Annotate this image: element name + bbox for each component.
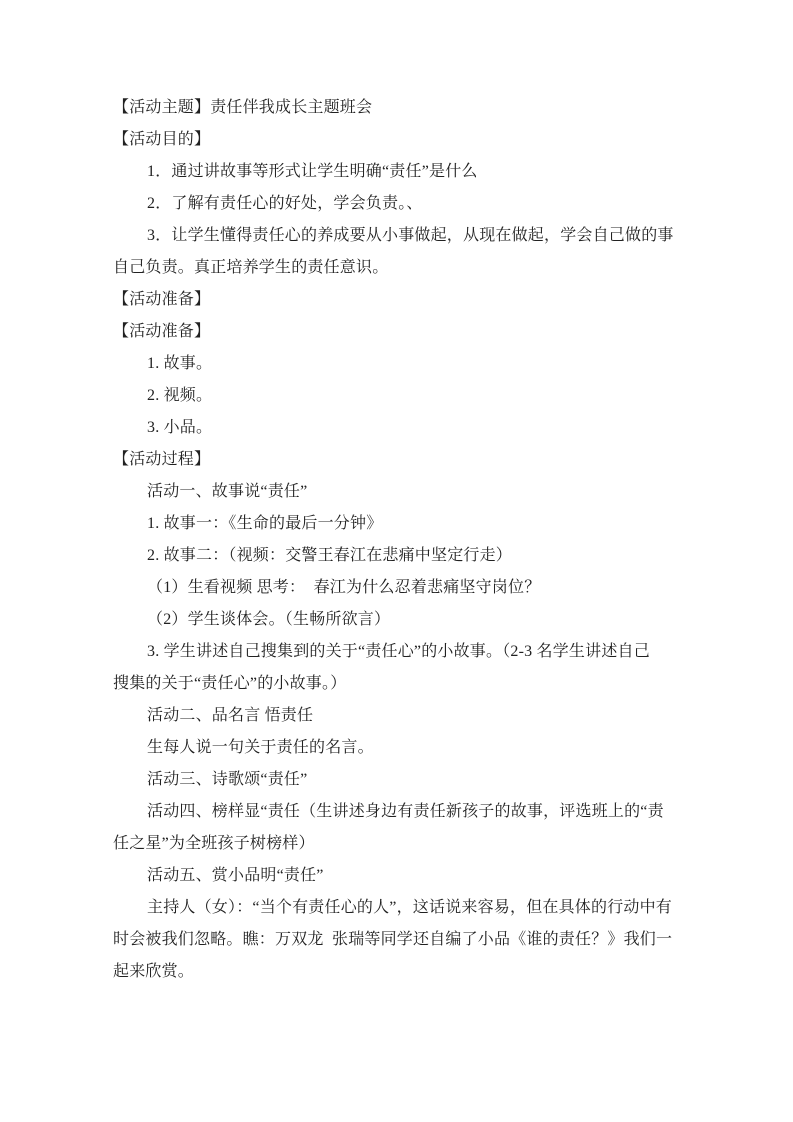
text-line-4: 2．了解有责任心的好处，学会负责。、 xyxy=(113,188,678,220)
text-line-18: 3. 学生讲述自己搜集到的关于“责任心”的小故事。（2-3 名学生讲述自己 xyxy=(113,636,678,668)
text-line-8: 【活动准备】 xyxy=(113,316,678,348)
text-line-1: 【活动主题】责任伴我成长主题班会 xyxy=(113,92,678,124)
document-page: 【活动主题】责任伴我成长主题班会【活动目的】1．通过讲故事等形式让学生明确“责任… xyxy=(0,0,793,1122)
text-line-28: 起来欣赏。 xyxy=(113,956,678,988)
text-line-24: 任之星”为全班孩子树榜样） xyxy=(113,828,678,860)
text-line-22: 活动三、诗歌颂“责任” xyxy=(113,764,678,796)
text-line-26: 主持人（女）：“当个有责任心的人”，这话说来容易，但在具体的行动中有 xyxy=(113,892,678,924)
text-line-23: 活动四、榜样显“责任（生讲述身边有责任新孩子的故事，评选班上的“责 xyxy=(113,796,678,828)
text-line-3: 1．通过讲故事等形式让学生明确“责任”是什么 xyxy=(113,156,678,188)
text-line-5: 3．让学生懂得责任心的养成要从小事做起，从现在做起，学会自己做的事 xyxy=(113,220,678,252)
text-line-21: 生每人说一句关于责任的名言。 xyxy=(113,732,678,764)
text-line-19: 搜集的关于“责任心”的小故事。） xyxy=(113,668,678,700)
text-line-15: 2. 故事二：（视频：交警王春江在悲痛中坚定行走） xyxy=(113,540,678,572)
text-line-17: （2）学生谈体会。（生畅所欲言） xyxy=(113,604,678,636)
text-line-12: 【活动过程】 xyxy=(113,444,678,476)
text-line-2: 【活动目的】 xyxy=(113,124,678,156)
text-line-9: 1. 故事。 xyxy=(113,348,678,380)
text-line-20: 活动二、品名言 悟责任 xyxy=(113,700,678,732)
text-line-7: 【活动准备】 xyxy=(113,284,678,316)
document-body: 【活动主题】责任伴我成长主题班会【活动目的】1．通过讲故事等形式让学生明确“责任… xyxy=(113,92,678,988)
text-line-13: 活动一、故事说“责任” xyxy=(113,476,678,508)
text-line-16: （1）生看视频 思考： 春江为什么忍着悲痛坚守岗位？ xyxy=(113,572,678,604)
text-line-11: 3. 小品。 xyxy=(113,412,678,444)
text-line-10: 2. 视频。 xyxy=(113,380,678,412)
text-line-25: 活动五、赏小品明“责任” xyxy=(113,860,678,892)
text-line-6: 自己负责。真正培养学生的责任意识。 xyxy=(113,252,678,284)
text-line-27: 时会被我们忽略。瞧：万双龙 张瑞等同学还自编了小品《谁的责任？》我们一 xyxy=(113,924,678,956)
text-line-14: 1. 故事一：《生命的最后一分钟》 xyxy=(113,508,678,540)
